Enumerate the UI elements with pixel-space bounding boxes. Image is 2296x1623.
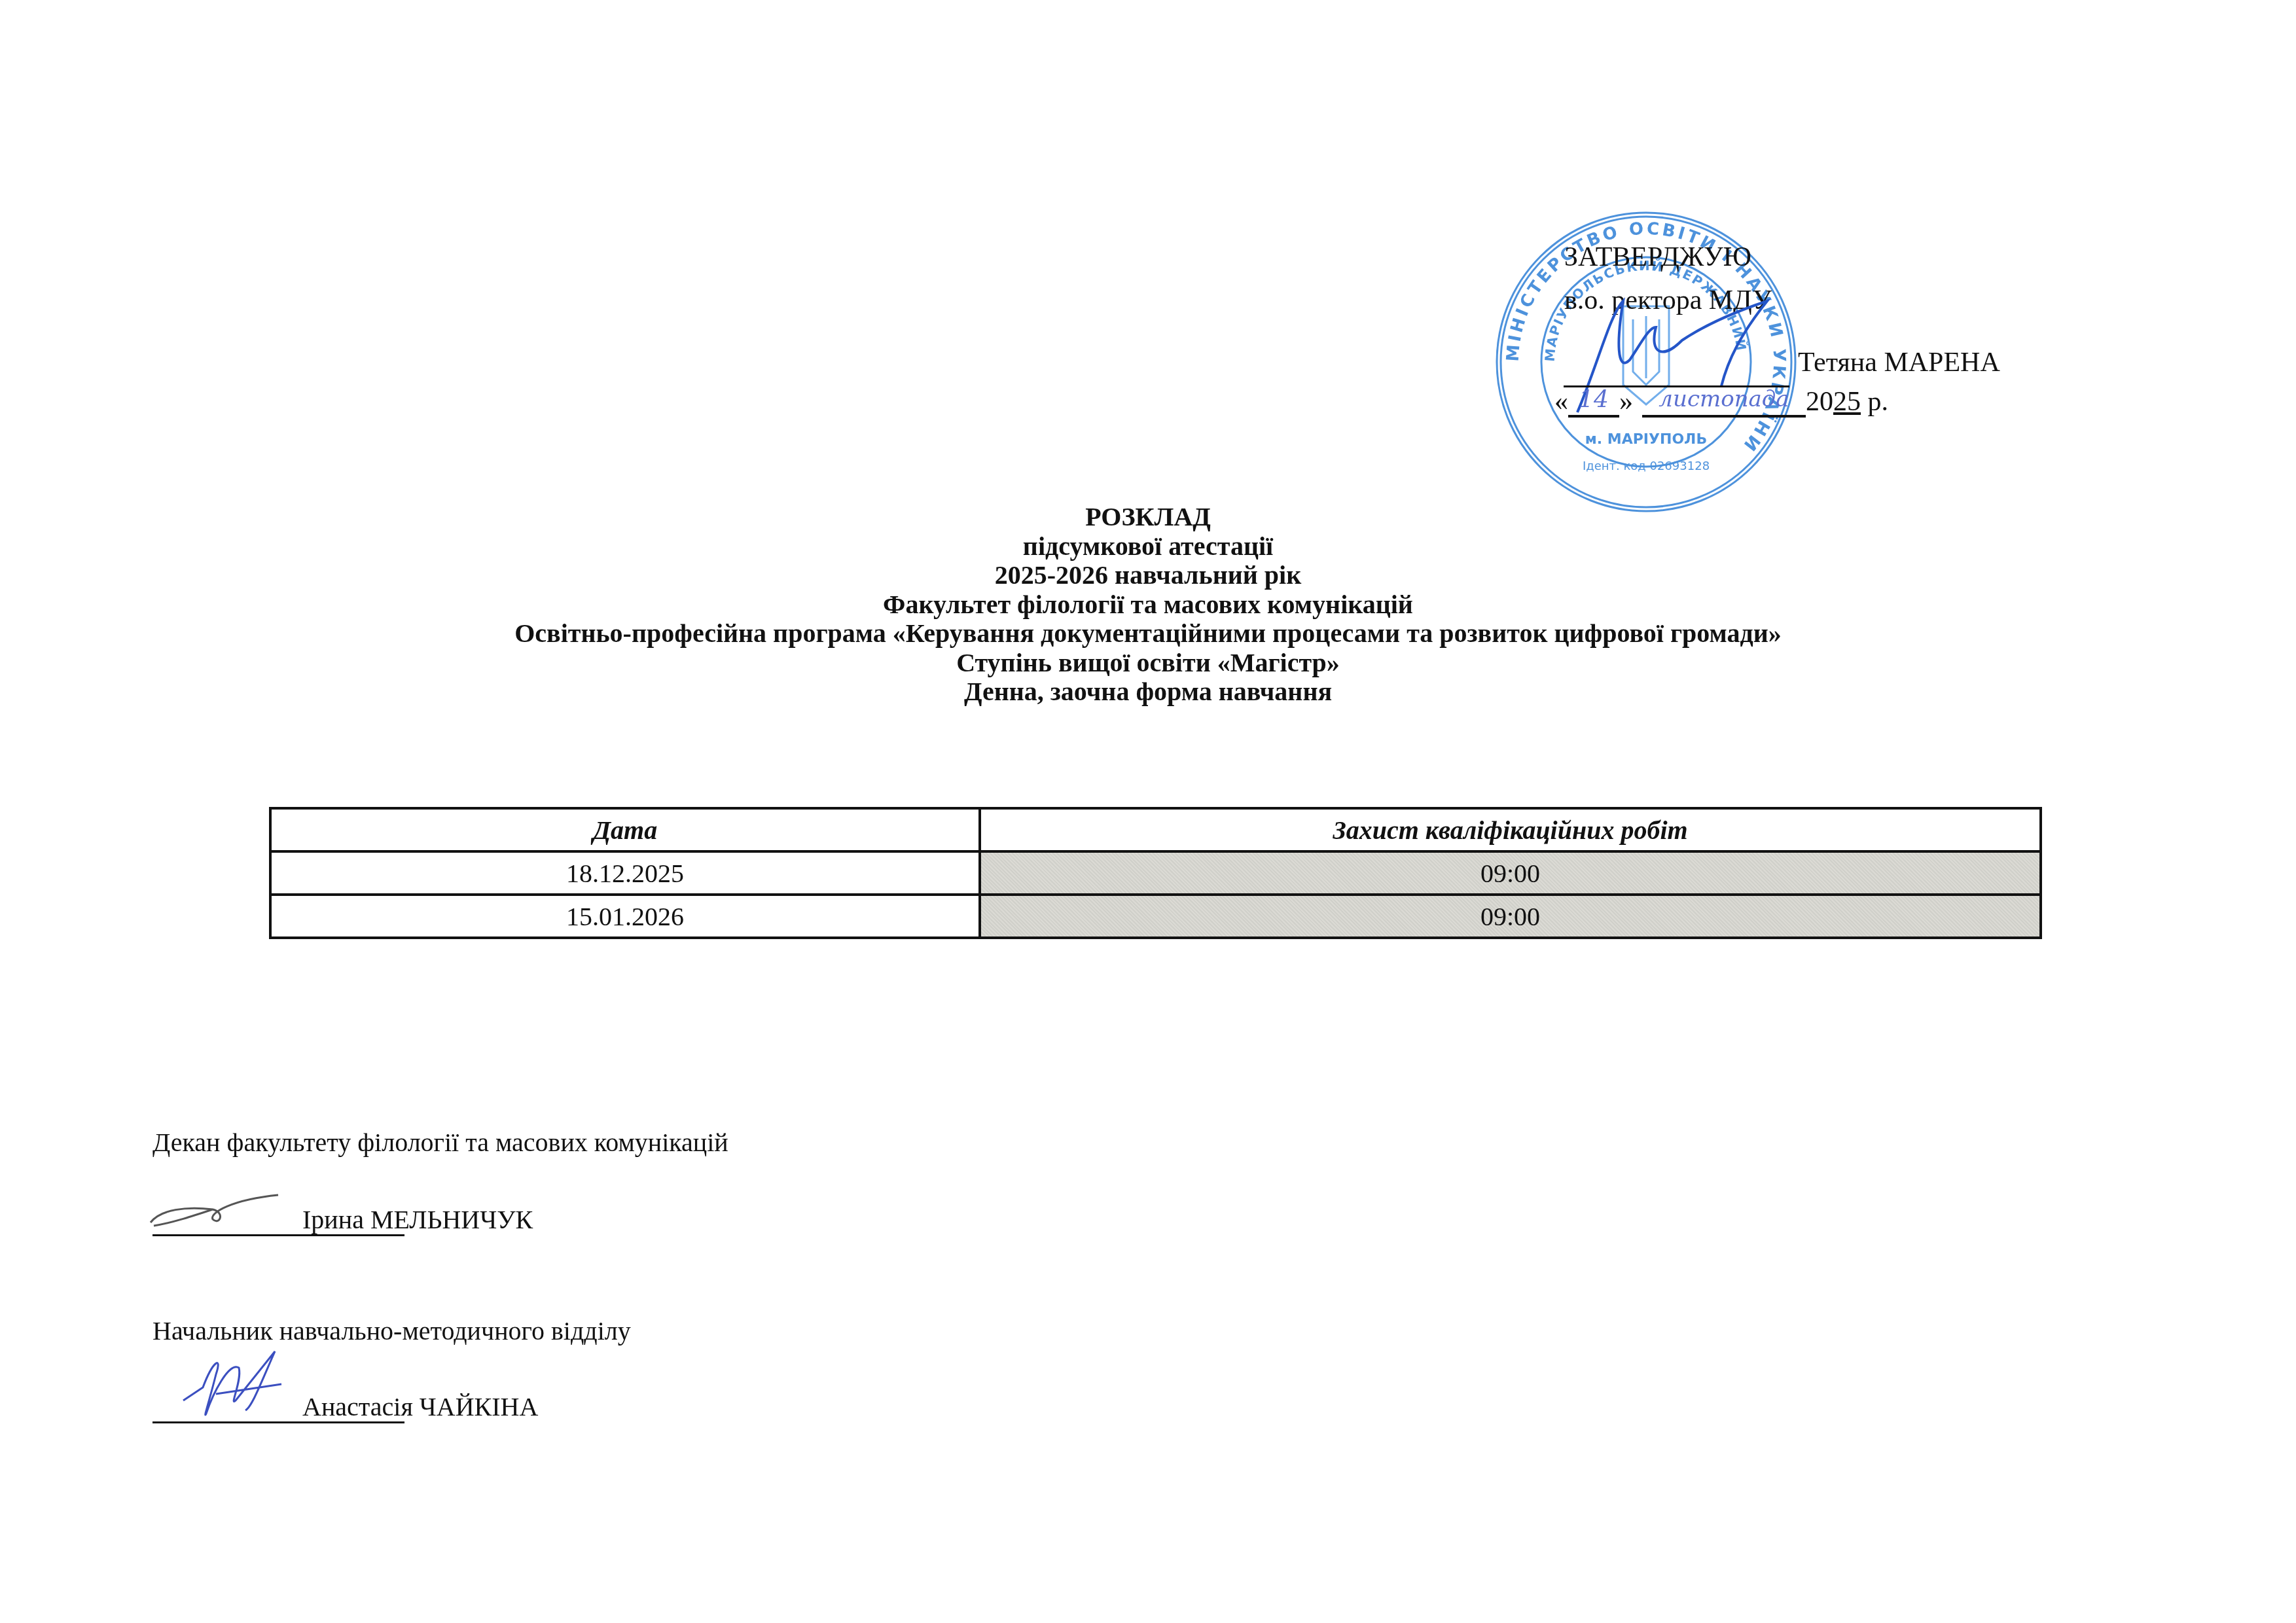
date-month: листопада: [1642, 386, 1806, 418]
degree-level: Ступінь вищої освіти «Магістр»: [0, 649, 2296, 678]
date-day: 14: [1568, 386, 1619, 418]
approval-date: «14»листопада2025 р.: [1554, 386, 1888, 418]
column-header-date: Дата: [270, 808, 980, 851]
date-cell: 15.01.2026: [270, 895, 980, 938]
head-signature-icon: [177, 1348, 288, 1427]
table-row: 18.12.2025 09:00: [270, 851, 2041, 895]
schedule-table: Дата Захист кваліфікаційних робіт 18.12.…: [269, 807, 2042, 939]
approval-heading: ЗАТВЕРДЖУЮ: [1564, 236, 1751, 279]
study-form: Денна, заочна форма навчання: [0, 677, 2296, 707]
column-header-defense: Захист кваліфікаційних робіт: [980, 808, 2041, 851]
academic-year: 2025-2026 навчальний рік: [0, 561, 2296, 590]
faculty-name: Факультет філології та масових комунікац…: [0, 590, 2296, 620]
table-header-row: Дата Захист кваліфікаційних робіт: [270, 808, 2041, 851]
document-subtitle: підсумкової атестації: [0, 532, 2296, 562]
dean-signature-icon: [147, 1190, 285, 1229]
time-cell: 09:00: [980, 851, 2041, 895]
date-cell: 18.12.2025: [270, 851, 980, 895]
svg-text:м. МАРІУПОЛЬ: м. МАРІУПОЛЬ: [1585, 431, 1707, 448]
date-year-prefix: 20: [1806, 387, 1833, 417]
table-row: 15.01.2026 09:00: [270, 895, 2041, 938]
dean-title: Декан факультету філології та масових ко…: [152, 1127, 728, 1158]
program-name: Освітньо-професійна програма «Керування …: [0, 619, 2296, 649]
date-year-suffix: 25: [1833, 387, 1861, 417]
head-name: Анастасія ЧАЙКІНА: [302, 1391, 538, 1422]
date-open-quote: «: [1554, 387, 1568, 417]
head-title: Начальник навчально-методичного відділу: [152, 1315, 631, 1346]
rector-name: Тетяна МАРЕНА: [1798, 347, 2000, 378]
date-close-quote: »: [1619, 387, 1633, 417]
time-cell: 09:00: [980, 895, 2041, 938]
svg-text:Ідент. код 02693128: Ідент. код 02693128: [1583, 459, 1710, 473]
dean-name: Ірина МЕЛЬНИЧУК: [302, 1204, 533, 1235]
document-title-block: РОЗКЛАД підсумкової атестації 2025-2026 …: [0, 503, 2296, 707]
document-title: РОЗКЛАД: [0, 503, 2296, 532]
date-year-unit: р.: [1861, 387, 1888, 417]
